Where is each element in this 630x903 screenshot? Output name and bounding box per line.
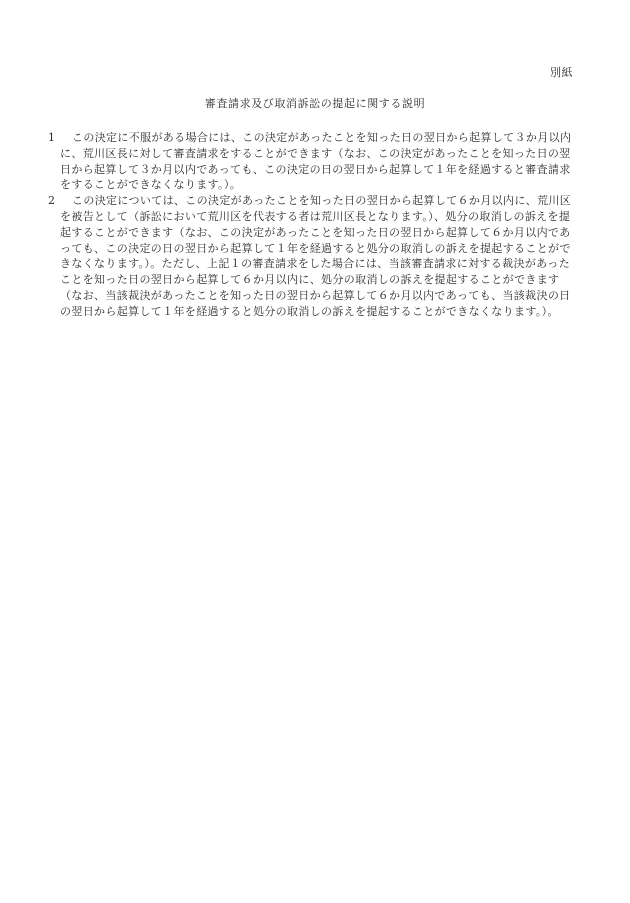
item-text-line: この決定については、この決定があったことを知った日の翌日から起算して６か月以内に… [60, 193, 596, 209]
item-text-line: 日から起算して３か月以内であっても、この決定の日の翌日から起算して１年を経過する… [60, 162, 596, 178]
item-text-line: の翌日から起算して１年を経過すると処分の取消しの訴えを提起することができなくなり… [60, 304, 596, 320]
attachment-label: 別紙 [550, 66, 573, 80]
item-text-line: きなくなります。）。ただし、上記１の審査請求をした場合には、当該審査請求に対する… [60, 256, 596, 272]
item-number: 1 [48, 130, 60, 146]
item-text-line: を被告として（訴訟において荒川区を代表する者は荒川区長となります。）、処分の取消… [60, 209, 596, 225]
item-text-line: この決定に不服がある場合には、この決定があったことを知った日の翌日から起算して３… [60, 130, 596, 146]
item-text-line: をすることができなくなります。）。 [60, 177, 596, 193]
item-text-line: に、荒川区長に対して審査請求をすることができます（なお、この決定があったことを知… [60, 146, 596, 162]
item-text-line: ことを知った日の翌日から起算して６か月以内に、処分の取消しの訴えを提起することが… [60, 272, 596, 288]
document-page: 別紙 審査請求及び取消訴訟の提起に関する説明 1 この決定に不服がある場合には、… [0, 0, 630, 903]
item-text-line: っても、この決定の日の翌日から起算して１年を経過すると処分の取消しの訴えを提起す… [60, 241, 596, 257]
list-item-2: 2 この決定については、この決定があったことを知った日の翌日から起算して６か月以… [48, 193, 596, 319]
document-title: 審査請求及び取消訴訟の提起に関する説明 [0, 97, 630, 111]
item-text-line: （なお、当該裁決があったことを知った日の翌日から起算して６か月以内であっても、当… [60, 288, 596, 304]
explanation-list: 1 この決定に不服がある場合には、この決定があったことを知った日の翌日から起算し… [48, 130, 596, 320]
item-text-line: 起することができます（なお、この決定があったことを知った日の翌日から起算して６か… [60, 225, 596, 241]
item-number: 2 [48, 193, 60, 209]
list-item-1: 1 この決定に不服がある場合には、この決定があったことを知った日の翌日から起算し… [48, 130, 596, 193]
